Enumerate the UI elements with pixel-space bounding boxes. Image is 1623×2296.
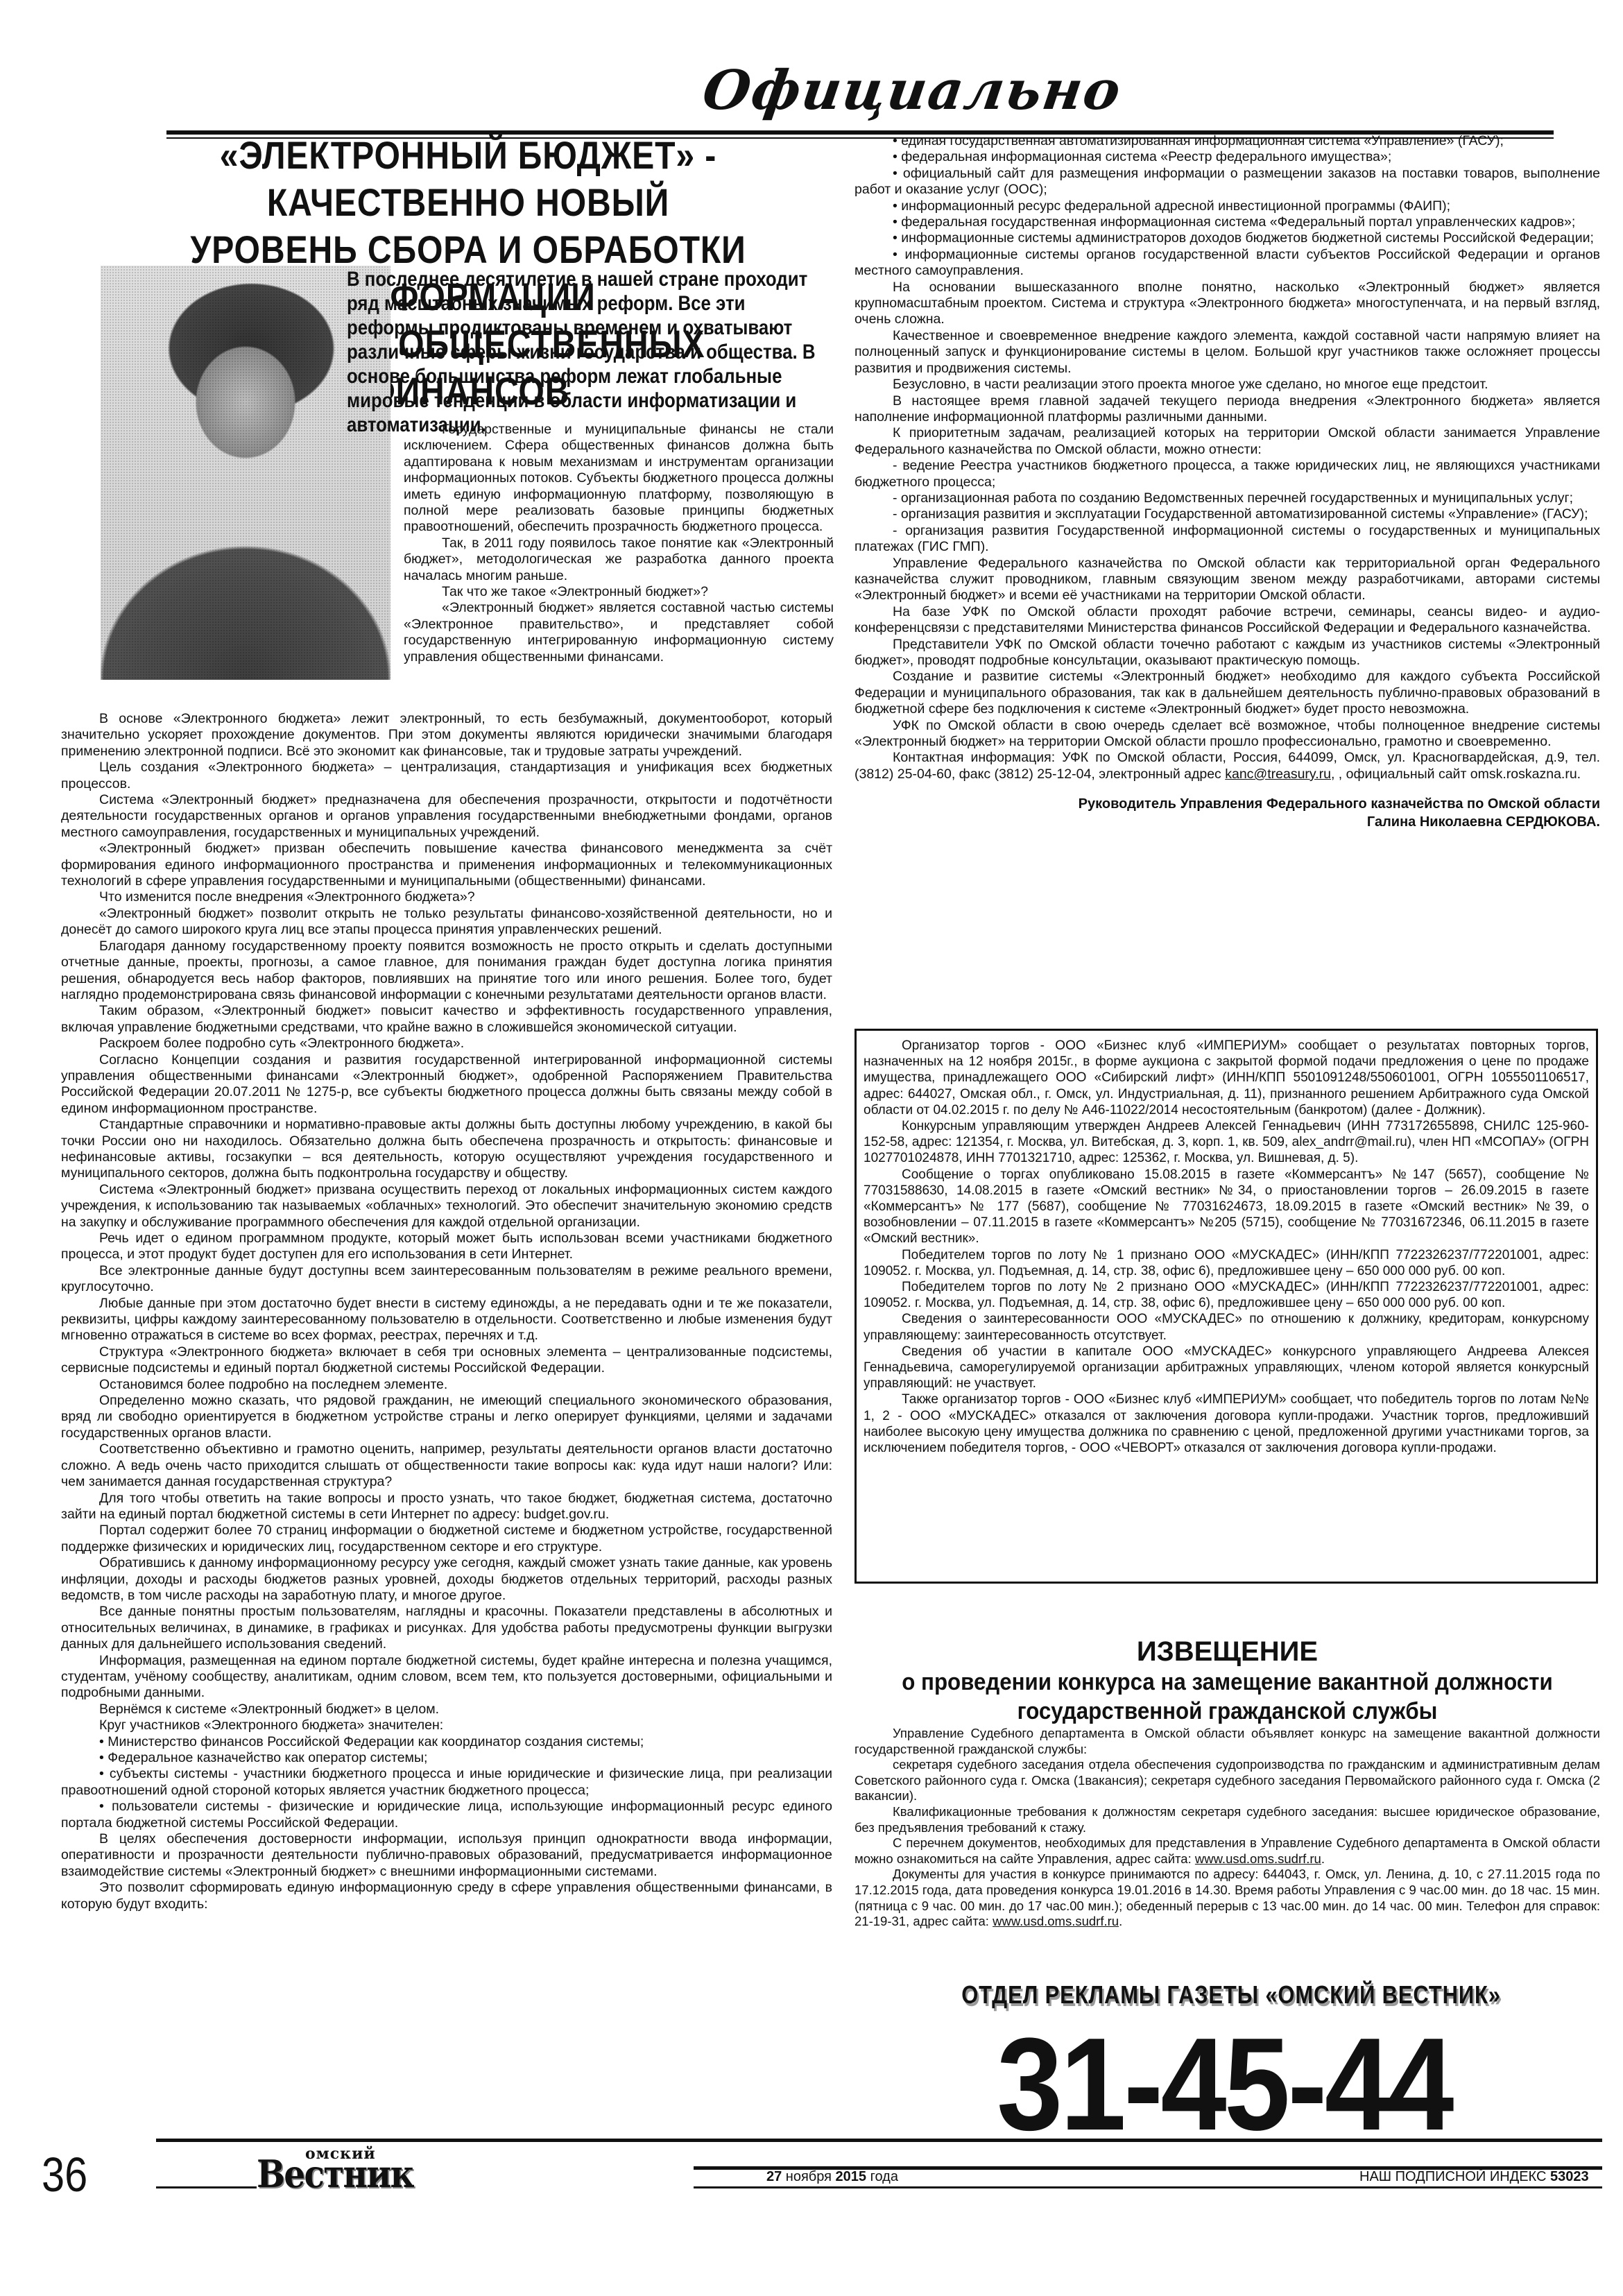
paragraph: Остановимся более подробно на последнем …	[61, 1377, 832, 1393]
paragraph: Структура «Электронного бюджета» включае…	[61, 1344, 832, 1377]
article-left-column: В основе «Электронного бюджета» лежит эл…	[61, 711, 832, 1912]
date-month: ноября	[782, 2169, 835, 2184]
paragraph: Система «Электронный бюджет» призвана ос…	[61, 1182, 832, 1231]
index-label: НАШ ПОДПИСНОЙ ИНДЕКС	[1359, 2169, 1550, 2184]
paragraph: Речь идет о едином программном продукте,…	[61, 1231, 832, 1263]
notice-subtitle: государственной гражданской службы	[884, 1697, 1570, 1726]
paragraph: • информационные системы органов государ…	[855, 247, 1600, 280]
vacancy-notice-title: ИЗВЕЩЕНИЕ о проведении конкурса на замещ…	[855, 1636, 1600, 1726]
advert-department: ОТДЕЛ РЕКЛАМЫ ГАЗЕТЫ «ОМСКИЙ ВЕСТНИК»	[948, 1980, 1515, 2010]
page-number: 36	[42, 2147, 87, 2202]
site-link[interactable]: omsk.roskazna.ru.	[1470, 766, 1581, 782]
subscription-index: НАШ ПОДПИСНОЙ ИНДЕКС 53023	[1359, 2169, 1589, 2185]
paragraph: УФК по Омской области в свою очередь сде…	[855, 718, 1600, 751]
paragraph: В целях обеспечения достоверности информ…	[61, 1831, 832, 1880]
advert-phone: 31-45-44	[928, 2015, 1521, 2154]
paragraph: Определенно можно сказать, что рядовой г…	[61, 1393, 832, 1441]
date-suffix: года	[866, 2169, 898, 2184]
paragraph: С перечнем документов, необходимых для п…	[855, 1835, 1600, 1867]
paragraph: Благодаря данному государственному проек…	[61, 939, 832, 1004]
paragraph: Стандартные справочники и нормативно-пра…	[61, 1117, 832, 1182]
paragraph: Цель создания «Электронного бюджета» – ц…	[61, 760, 832, 792]
paragraph: • официальный сайт для размещения информ…	[855, 166, 1600, 198]
article-lead: В последнее десятилетие в нашей стране п…	[347, 267, 830, 437]
notice-subtitle: о проведении конкурса на замещение вакан…	[884, 1668, 1570, 1697]
signature-name: Галина Николаевна СЕРДЮКОВА.	[855, 813, 1600, 831]
paragraph: Любые данные при этом достаточно будет в…	[61, 1296, 832, 1344]
paragraph: Государственные и муниципальные финансы …	[404, 422, 834, 536]
paragraph: Обратившись к данному информационному ре…	[61, 1555, 832, 1604]
paragraph: Система «Электронный бюджет» предназначе…	[61, 792, 832, 841]
paragraph: • Федеральное казначейство как оператор …	[61, 1750, 832, 1766]
paragraph: «Электронный бюджет» позволит открыть не…	[61, 906, 832, 939]
footer-rule	[694, 2186, 1602, 2188]
paragraph: Все электронные данные будут доступны вс…	[61, 1263, 832, 1296]
right-paragraphs: • единая государственная автоматизирован…	[855, 133, 1600, 750]
paragraph: В основе «Электронного бюджета» лежит эл…	[61, 711, 832, 760]
accept-text: Документы для участия в конкурсе принима…	[855, 1867, 1600, 1928]
paragraph: Качественное и своевременное внедрение к…	[855, 328, 1600, 377]
paragraph: В настоящее время главной задачей текуще…	[855, 393, 1600, 426]
paragraph: На базе УФК по Омской области проходят р…	[855, 604, 1600, 637]
court-site-link[interactable]: www.usd.oms.sudrf.ru	[1195, 1851, 1321, 1866]
footer-rule	[156, 2139, 1602, 2142]
index-value: 53023	[1550, 2169, 1589, 2184]
paragraph: Сообщение о торгах опубликовано 15.08.20…	[864, 1167, 1589, 1247]
paragraph: На основании вышесказанного вполне понят…	[855, 280, 1600, 328]
paragraph: К приоритетным задачам, реализацией кото…	[855, 425, 1600, 458]
notice-title: ИЗВЕЩЕНИЕ	[855, 1636, 1600, 1668]
paragraph: Организатор торгов - ООО «Бизнес клуб «И…	[864, 1038, 1589, 1118]
paragraph: Конкурсным управляющим утвержден Андреев…	[864, 1118, 1589, 1167]
contact-paragraph: Контактная информация: УФК по Омской обл…	[855, 750, 1600, 782]
paragraph: Сведения об участии в капитале ООО «МУСК…	[864, 1344, 1589, 1392]
paragraph: Управление Федерального казначейства по …	[855, 556, 1600, 604]
paragraph: - организация развития и эксплуатации Го…	[855, 506, 1600, 522]
paragraph: - организационная работа по созданию Вед…	[855, 490, 1600, 506]
paragraph: Представители УФК по Омской области точе…	[855, 637, 1600, 669]
paragraph: Раскроем более подробно суть «Электронно…	[61, 1036, 832, 1052]
headline-line: «ЭЛЕКТРОННЫЙ БЮДЖЕТ» - КАЧЕСТВЕННО НОВЫЙ	[155, 132, 782, 226]
paragraph: Соответственно объективно и грамотно оце…	[61, 1441, 832, 1490]
paragraph: Победителем торгов по лоту № 2 признано …	[864, 1279, 1589, 1311]
date-year: 2015	[836, 2169, 867, 2184]
paragraph: Сведения о заинтересованности ООО «МУСКА…	[864, 1311, 1589, 1343]
paragraph: «Электронный бюджет» является составной …	[404, 600, 834, 665]
auction-notice-box: Организатор торгов - ООО «Бизнес клуб «И…	[855, 1029, 1598, 1584]
paragraph: Информация, размещенная на едином портал…	[61, 1653, 832, 1702]
paragraph: • пользователи системы - физические и юр…	[61, 1799, 832, 1831]
date-day: 27	[766, 2169, 782, 2184]
newspaper-logo: омский Вестник	[257, 2145, 395, 2193]
paragraph: «Электронный бюджет» призван обеспечить …	[61, 841, 832, 889]
email-link[interactable]: kanc@treasury.ru	[1225, 766, 1331, 782]
paragraph: Вернёмся к системе «Электронный бюджет» …	[61, 1702, 832, 1717]
paragraph: • единая государственная автоматизирован…	[855, 133, 1600, 149]
article-intro-column: Государственные и муниципальные финансы …	[404, 422, 834, 665]
paragraph: Круг участников «Электронного бюджета» з…	[61, 1717, 832, 1733]
paragraph: • субъекты системы - участники бюджетног…	[61, 1766, 832, 1799]
paragraph: • Министерство финансов Российской Федер…	[61, 1734, 832, 1750]
paragraph: Так, в 2011 году появилось такое понятие…	[404, 536, 834, 584]
paragraph: Портал содержит более 70 страниц информа…	[61, 1523, 832, 1555]
paragraph: Квалификационные требования к должностям…	[855, 1804, 1600, 1835]
signature: Руководитель Управления Федерального каз…	[855, 795, 1600, 831]
contact-text: , , официальный сайт	[1331, 766, 1470, 782]
paragraph: • федеральная информационная система «Ре…	[855, 149, 1600, 165]
paragraph: Победителем торгов по лоту № 1 признано …	[864, 1247, 1589, 1279]
paragraph: Также организатор торгов - ООО «Бизнес к…	[864, 1391, 1589, 1456]
signature-title: Руководитель Управления Федерального каз…	[855, 795, 1600, 813]
section-label: Официально	[690, 64, 1135, 118]
paragraph: - ведение Реестра участников бюджетного …	[855, 458, 1600, 490]
logo-big-text: Вестник	[257, 2154, 413, 2193]
paragraph: Так что же такое «Электронный бюджет»?	[404, 584, 834, 600]
paragraph: • информационные системы администраторов…	[855, 230, 1600, 246]
paragraph: • федеральная государственная информацио…	[855, 214, 1600, 230]
vacancy-notice-body: Управление Судебного департамента в Омск…	[855, 1726, 1600, 1930]
footer-rule	[156, 2186, 260, 2188]
paragraph: секретаря судебного заседания отдела обе…	[855, 1757, 1600, 1804]
paragraph: Что изменится после внедрения «Электронн…	[61, 889, 832, 905]
paragraph: Документы для участия в конкурсе принима…	[855, 1867, 1600, 1929]
paragraph: Таким образом, «Электронный бюджет» повы…	[61, 1003, 832, 1036]
paragraph: Все данные понятны простым пользователям…	[61, 1604, 832, 1652]
paragraph: Для того чтобы ответить на такие вопросы…	[61, 1491, 832, 1523]
paragraph: Это позволит сформировать единую информа…	[61, 1880, 832, 1912]
paragraph: • информационный ресурс федеральной адре…	[855, 198, 1600, 214]
paragraph: Согласно Концепции создания и развития г…	[61, 1052, 832, 1117]
issue-date: 27 ноября 2015 года	[766, 2169, 898, 2185]
article-right-column: • единая государственная автоматизирован…	[855, 133, 1600, 831]
court-site-link[interactable]: www.usd.oms.sudrf.ru	[993, 1914, 1119, 1928]
paragraph: Создание и развитие системы «Электронный…	[855, 669, 1600, 717]
paragraph: Безусловно, в части реализации этого про…	[855, 377, 1600, 393]
paragraph: - организация развития Государственной и…	[855, 523, 1600, 556]
paragraph: Управление Судебного департамента в Омск…	[855, 1726, 1600, 1757]
